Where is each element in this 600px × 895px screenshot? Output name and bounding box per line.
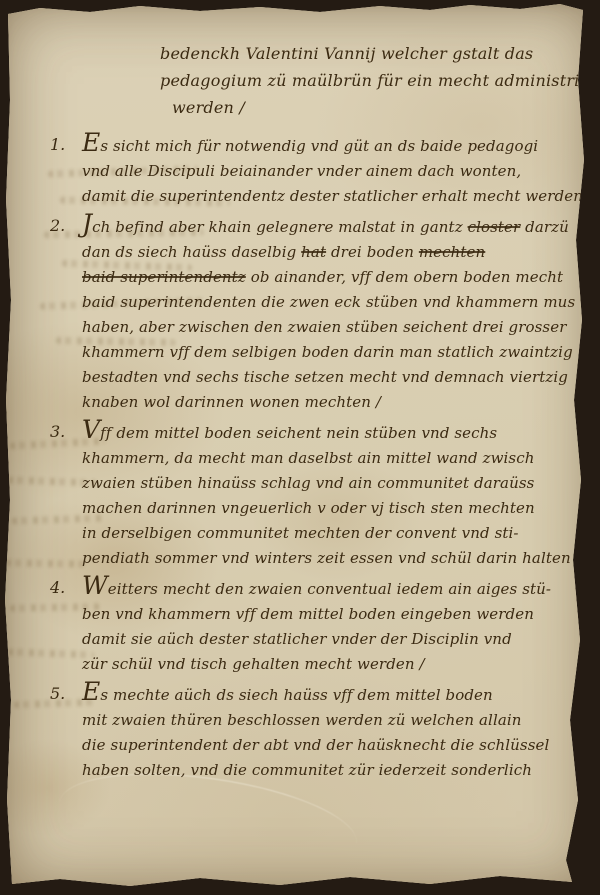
manuscript-line: zwaien stüben hinaüss schlag vnd ain com… [82,471,580,496]
manuscript-line: bestadten vnd sechs tische setzen mecht … [82,365,580,390]
manuscript-line: haben, aber zwischen den zwaien stüben s… [82,315,580,340]
paragraph: 4.Weitters mecht den zwaien conventual i… [26,576,580,677]
crossed-out-text: baid superintendentz [82,268,246,286]
text-segment: drei boden [326,243,419,261]
crossed-out-text: mechten [419,243,485,261]
text-segment: bestadten vnd sechs tische setzen mecht … [82,368,568,386]
manuscript-line: knaben wol darinnen wonen mechten / [82,390,580,415]
manuscript-line: dan ds siech haüss daselbig hat drei bod… [82,240,580,265]
paragraph-list: 1.Es sicht mich für notwendig vnd güt an… [26,133,580,783]
page-content: bedenckh Valentini Vannij welcher gstalt… [26,40,580,788]
paragraph-number: 1. [26,133,82,209]
crossed-out-text: hat [301,243,326,261]
text-segment: machen darinnen vngeuerlich v oder vj ti… [82,499,535,517]
text-segment: baid superintendenten die zwen eck stübe… [82,293,575,311]
paragraph-text: Weitters mecht den zwaien conventual ied… [82,576,580,677]
document-title: bedenckh Valentini Vannij welcher gstalt… [160,40,580,121]
photo-background: bedenckh Valentini Vannij welcher gstalt… [0,0,600,895]
manuscript-line: khammern vff dem selbigen boden darin ma… [82,340,580,365]
manuscript-line: haben solten, vnd die communitet zür ied… [82,758,580,783]
text-segment: Weitters mecht den zwaien conventual ied… [82,580,551,598]
paragraph: 1.Es sicht mich für notwendig vnd güt an… [26,133,580,209]
manuscript-line: die superintendent der abt vnd der haüsk… [82,733,580,758]
manuscript-line: damit sie aüch dester statlicher vnder d… [82,627,580,652]
paragraph: 5.Es mechte aüch ds siech haüss vff dem … [26,682,580,783]
manuscript-line: Es mechte aüch ds siech haüss vff dem mi… [82,682,580,708]
manuscript-line: in derselbigen communitet mechten der co… [82,521,580,546]
manuscript-line: pendiath sommer vnd winters zeit essen v… [82,546,580,571]
manuscript-line: baid superintendentz ob ainander, vff de… [82,265,580,290]
text-segment: darzü [520,218,569,236]
text-segment: zür schül vnd tisch gehalten mecht werde… [82,655,425,673]
manuscript-line: khammern, da mecht man daselbst ain mitt… [82,446,580,471]
text-segment: vnd alle Discipuli beiainander vnder ain… [82,162,521,180]
text-segment: dan ds siech haüss daselbig [82,243,301,261]
text-segment: khammern vff dem selbigen boden darin ma… [82,343,573,361]
text-segment: mit zwaien thüren beschlossen werden zü … [82,711,522,729]
manuscript-line: machen darinnen vngeuerlich v oder vj ti… [82,496,580,521]
manuscript-line: ben vnd khammern vff dem mittel boden ei… [82,602,580,627]
text-segment: die superintendent der abt vnd der haüsk… [82,736,549,754]
text-segment: zwaien stüben hinaüss schlag vnd ain com… [82,474,534,492]
text-segment: knaben wol darinnen wonen mechten / [82,393,381,411]
paragraph: 3.Vff dem mittel boden seichent nein stü… [26,420,580,571]
text-segment: haben solten, vnd die communitet zür ied… [82,761,532,779]
manuscript-line: baid superintendenten die zwen eck stübe… [82,290,580,315]
manuscript-line: Es sicht mich für notwendig vnd güt an d… [82,133,588,159]
text-segment: pendiath sommer vnd winters zeit essen v… [82,549,571,567]
title-line: bedenckh Valentini Vannij welcher gstalt… [160,40,580,67]
paragraph-text: Es mechte aüch ds siech haüss vff dem mi… [82,682,580,783]
paragraph-text: Jch befind aber khain gelegnere malstat … [82,214,580,415]
title-line: pedagogium zü maülbrün für ein mecht adm… [160,67,580,94]
manuscript-line: vnd alle Discipuli beiainander vnder ain… [82,159,588,184]
paragraph-text: Vff dem mittel boden seichent nein stübe… [82,420,580,571]
manuscript-line: Vff dem mittel boden seichent nein stübe… [82,420,580,446]
text-segment: Vff dem mittel boden seichent nein stübe… [82,424,497,442]
text-segment: khammern, da mecht man daselbst ain mitt… [82,449,534,467]
manuscript-line: Jch befind aber khain gelegnere malstat … [82,214,580,240]
paragraph: 2.Jch befind aber khain gelegnere malsta… [26,214,580,415]
text-segment: ob ainander, vff dem obern boden mecht [246,268,563,286]
manuscript-line: mit zwaien thüren beschlossen werden zü … [82,708,580,733]
text-segment: haben, aber zwischen den zwaien stüben s… [82,318,566,336]
text-segment: in derselbigen communitet mechten der co… [82,524,519,542]
text-segment: Es sicht mich für notwendig vnd güt an d… [82,137,538,155]
title-line: werden / [172,94,580,121]
manuscript-line: zür schül vnd tisch gehalten mecht werde… [82,652,580,677]
manuscript-page: bedenckh Valentini Vannij welcher gstalt… [0,0,600,895]
text-segment: Es mechte aüch ds siech haüss vff dem mi… [82,686,493,704]
paragraph-number: 2. [26,214,82,415]
crossed-out-text: closter [468,218,521,236]
text-segment: damit die superintendentz dester statlic… [82,187,588,205]
text-segment: ben vnd khammern vff dem mittel boden ei… [82,605,534,623]
manuscript-line: Weitters mecht den zwaien conventual ied… [82,576,580,602]
manuscript-line: damit die superintendentz dester statlic… [82,184,588,209]
text-segment: Jch befind aber khain gelegnere malstat … [82,218,468,236]
paragraph-number: 5. [26,682,82,783]
paragraph-number: 4. [26,576,82,677]
paragraph-number: 3. [26,420,82,571]
paragraph-text: Es sicht mich für notwendig vnd güt an d… [82,133,588,209]
text-segment: damit sie aüch dester statlicher vnder d… [82,630,512,648]
